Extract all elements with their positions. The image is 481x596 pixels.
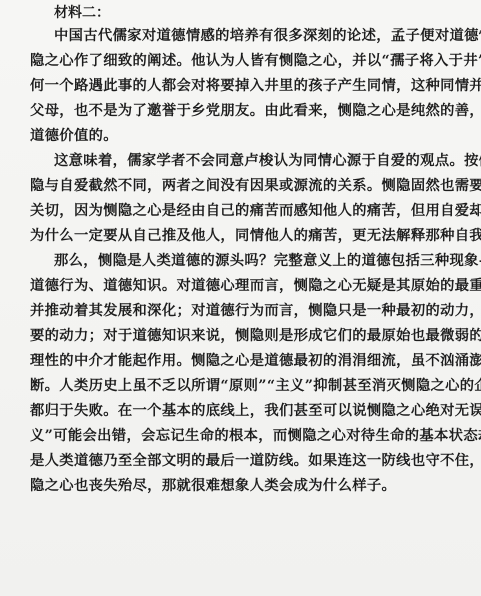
text-line: 中国古代儒家对道德情感的培养有很多深刻的论述，孟子便对道德情感，尤其是恻	[54, 25, 456, 47]
text-line: 道德行为、道德知识。对道德心理而言，恻隐之心无疑是其原始的最重要的组成部分，	[30, 275, 456, 297]
text-line: 义”可能会出错，会忘记生命的根本，而恻隐之心对待生命的基本状态却不会出错，它	[30, 425, 456, 447]
text-line: 理性的中介才能起作用。恻隐之心是道德最初的涓涓细流，虽不汹涌澎湃，但却源源不	[30, 350, 456, 372]
scanned-page: 材料二： 中国古代儒家对道德情感的培养有很多深刻的论述，孟子便对道德情感，尤其是…	[0, 0, 481, 596]
text-line: 道德价值的。	[30, 125, 456, 147]
text-line: 这意味着，儒家学者不会同意卢梭认为同情心源于自爱的观点。按儒家的观点，恻	[54, 150, 456, 172]
section-title: 材料二：	[54, 2, 110, 24]
text-line: 那么，恻隐是人类道德的源头吗？完整意义上的道德包括三种现象——道德心理、	[54, 250, 456, 272]
text-line: 隐之心作了细致的阐述。他认为人皆有恻隐之心，并以“孺子将入于井”为例，说明任	[30, 50, 456, 72]
text-line: 为什么一定要从自己推及他人，同情他人的痛苦，更无法解释那种自我奉献的意愿和行为。	[30, 225, 456, 247]
text-line: 并推动着其发展和深化；对道德行为而言，恻隐只是一种最初的动力，且不一定是最主	[30, 300, 456, 322]
text-line: 都归于失败。在一个基本的底线上，我们甚至可以说恻隐之心绝对无误。“原则”“主	[30, 400, 456, 422]
text-line: 隐之心也丧失殆尽，那就很难想象人类会成为什么样子。	[30, 475, 456, 497]
text-line: 何一个路遇此事的人都会对将要掉入井里的孩子产生同情，这种同情并非为了结交孩子	[30, 75, 456, 97]
text-line: 要的动力；对于道德知识来说，恻隐则是形成它们的最原始也最微弱的动力，必须经过	[30, 325, 456, 347]
text-line: 父母，也不是为了邀誉于乡党朋友。由此看来，恻隐之心是纯然的善，是无条件地具有	[30, 100, 456, 122]
text-line: 隐与自爱截然不同，两者之间没有因果或源流的关系。恻隐固然也需要有对自身感受的	[30, 175, 456, 197]
text-line: 是人类道德乃至全部文明的最后一道防线。如果连这一防线也守不住，如果连起码的恻	[30, 450, 456, 472]
text-line: 关切，因为恻隐之心是经由自己的痛苦而感知他人的痛苦，但用自爱却无法解释一个人	[30, 200, 456, 222]
text-line: 断。人类历史上虽不乏以所谓“原则”“主义”抑制甚至消灭恻隐之心的企图，但最终	[30, 375, 456, 397]
